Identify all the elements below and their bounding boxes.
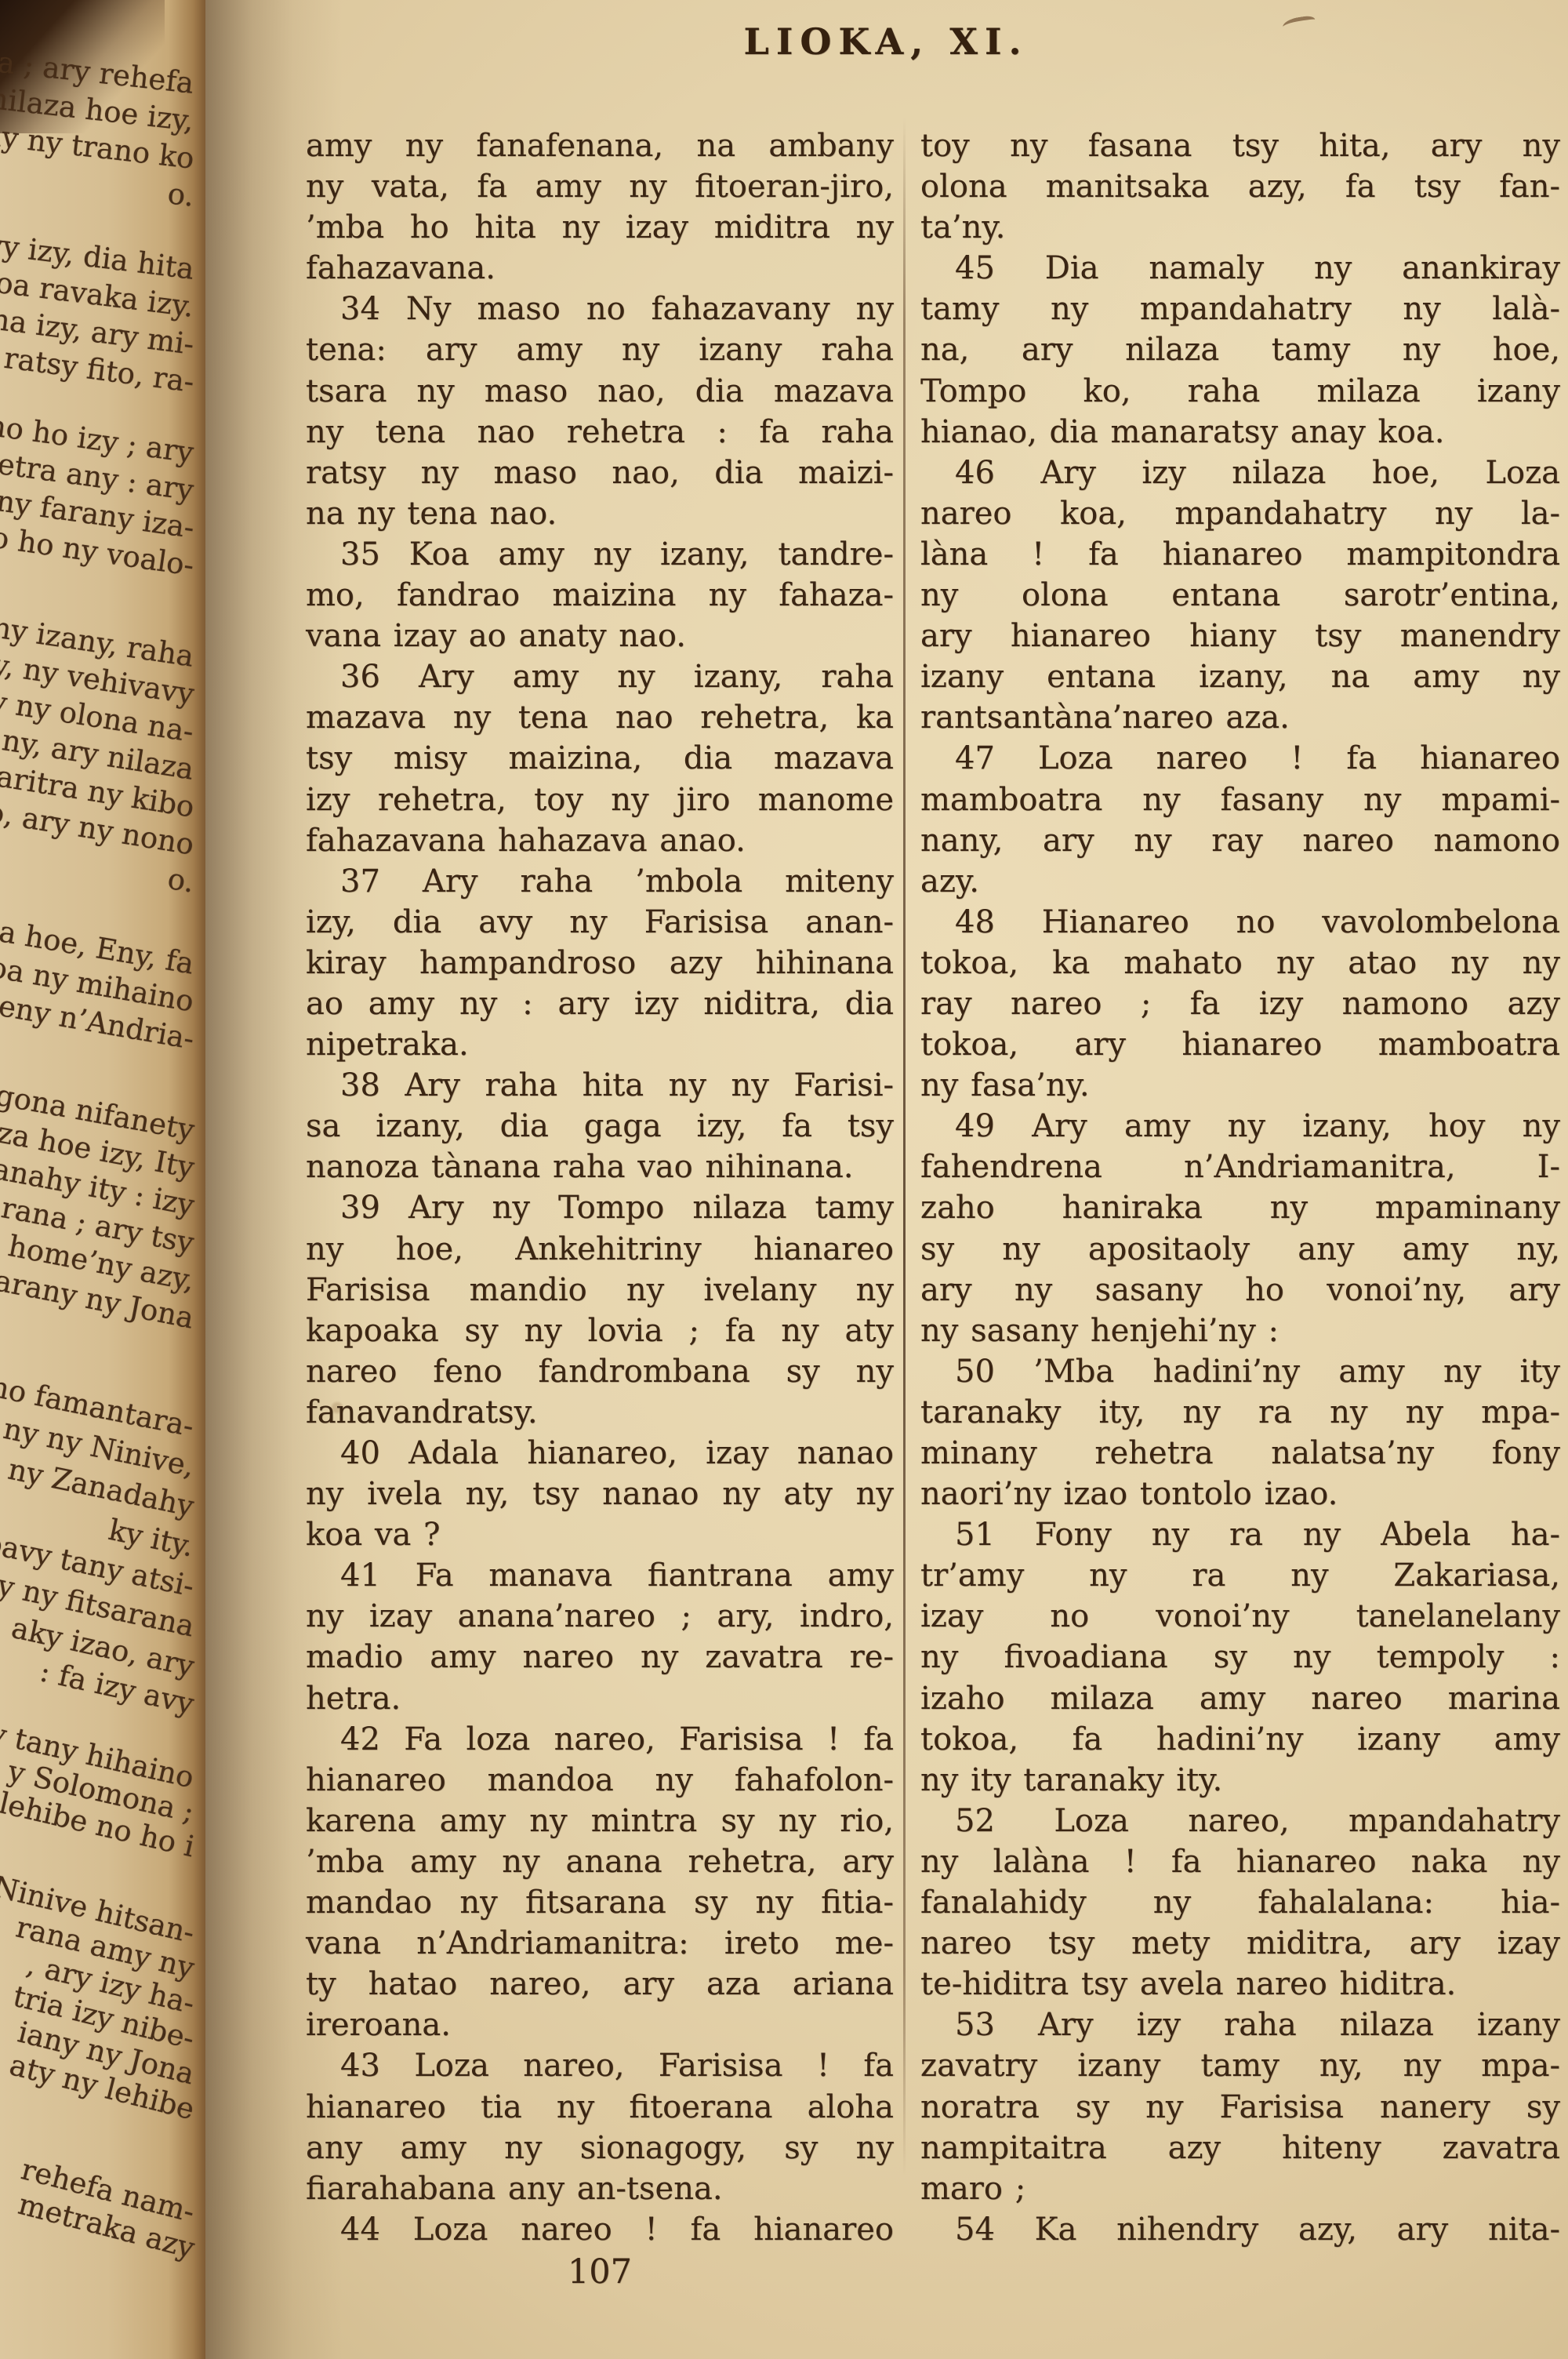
text-line: tokoa, ary hianareo mamboatra (920, 1024, 1560, 1065)
text-line: 49 Ary amy ny izany, hoy ny (920, 1106, 1560, 1147)
text-line: noratra sy ny Farisisa nanery sy (920, 2087, 1560, 2128)
right-column: toy ny fasana tsy hita, ary nyolona mani… (920, 125, 1560, 2250)
text-line: ’mba ho hita ny izay miditra ny (306, 207, 894, 248)
text-line: olona manitsaka azy, fa tsy fan- (920, 166, 1560, 207)
text-line: nanoza tànana raha vao nihinana. (306, 1147, 894, 1187)
text-line: tokoa, fa hadini’ny izany amy (920, 1719, 1560, 1760)
text-line: 50 ’Mba hadini’ny amy ny ity (920, 1351, 1560, 1392)
text-line: 37 Ary raha ’mbola miteny (306, 861, 894, 902)
text-line: ny lalàna ! fa hianareo naka ny (920, 1841, 1560, 1882)
text-line: zaho haniraka ny mpaminany (920, 1187, 1560, 1228)
text-line: tsara ny maso nao, dia mazava (306, 371, 894, 412)
text-line: fanalahidy ny fahalalana: hia- (920, 1882, 1560, 1923)
facing-page-text-line: o. (165, 176, 195, 213)
text-line: fahendrena n’Andriamanitra, I- (920, 1147, 1560, 1187)
text-line: 46 Ary izy nilaza hoe, Loza (920, 453, 1560, 493)
text-line: madio amy nareo ny zavatra re- (306, 1637, 894, 1677)
text-line: taranaky ity, ny ra ny ny mpa- (920, 1392, 1560, 1433)
text-line: tr’amy ny ra ny Zakariasa, (920, 1555, 1560, 1596)
text-line: kapoaka sy ny lovia ; fa ny aty (306, 1310, 894, 1351)
text-line: toy ny fasana tsy hita, ary ny (920, 125, 1560, 166)
text-line: ray nareo ; fa izy namono azy (920, 983, 1560, 1024)
facing-page-fragments: rana ; ary rehefamilaza hoe izy,my ny tr… (0, 0, 201, 2359)
text-line: nipetraka. (306, 1024, 894, 1065)
text-line: mo, fandrao maizina ny fahaza- (306, 575, 894, 616)
text-line: làna ! fa hianareo mampitondra (920, 534, 1560, 575)
text-line: maro ; (920, 2168, 1560, 2209)
text-line: mandao ny fitsarana sy ny fitia- (306, 1882, 894, 1923)
text-line: ny ity taranaky ity. (920, 1760, 1560, 1801)
text-line: Tompo ko, raha milaza izany (920, 371, 1560, 412)
text-line: nareo tsy mety miditra, ary izay (920, 1923, 1560, 1964)
text-line: 38 Ary raha hita ny ny Farisi- (306, 1065, 894, 1106)
text-line: 44 Loza nareo ! fa hianareo (306, 2209, 894, 2250)
text-line: ty hatao nareo, ary aza ariana (306, 1964, 894, 2005)
text-line: vana izay ao anaty nao. (306, 616, 894, 656)
text-line: 36 Ary amy ny izany, raha (306, 656, 894, 697)
facing-page-text-line: o. (165, 862, 197, 900)
text-line: izaho milaza amy nareo marina (920, 1678, 1560, 1719)
column-divider (903, 118, 906, 2176)
text-line: na, ary nilaza tamy ny hoe, (920, 329, 1560, 370)
text-line: mamboatra ny fasany ny mpami- (920, 780, 1560, 820)
text-line: nany, ary ny ray nareo namono (920, 820, 1560, 861)
text-line: rantsantàna’nareo aza. (920, 697, 1560, 738)
text-line: any amy ny sionagogy, sy ny (306, 2128, 894, 2168)
text-line: karena amy ny mintra sy ny rio, (306, 1801, 894, 1841)
text-line: ta’ny. (920, 207, 1560, 248)
text-line: ao amy ny : ary izy niditra, dia (306, 983, 894, 1024)
text-line: 45 Dia namaly ny anankiray (920, 248, 1560, 289)
text-line: mazava ny tena nao rehetra, ka (306, 697, 894, 738)
text-line: minany rehetra nalatsa’ny fony (920, 1433, 1560, 1474)
text-line: ny olona entana sarotr’entina, (920, 575, 1560, 616)
text-line: nareo feno fandrombana sy ny (306, 1351, 894, 1392)
text-line: tena: ary amy ny izany raha (306, 329, 894, 370)
text-line: fahazavana. (306, 248, 894, 289)
text-line: izany entana izany, na amy ny (920, 656, 1560, 697)
text-line: izy, dia avy ny Farisisa anan- (306, 902, 894, 943)
text-line: hianareo tia ny fitoerana aloha (306, 2087, 894, 2128)
text-line: 41 Fa manava fiantrana amy (306, 1555, 894, 1596)
text-line: ireroana. (306, 2005, 894, 2045)
text-line: ny tena nao rehetra : fa raha (306, 412, 894, 453)
text-line: amy ny fanafenana, na ambany (306, 125, 894, 166)
text-line: ary ny sasany ho vonoi’ny, ary (920, 1270, 1560, 1310)
text-line: zavatry izany tamy ny, ny mpa- (920, 2045, 1560, 2086)
text-line: tamy ny mpandahatry ny lalà- (920, 289, 1560, 329)
text-line: ny ivela ny, tsy nanao ny aty ny (306, 1474, 894, 1514)
text-line: Farisisa mandio ny ivelany ny (306, 1270, 894, 1310)
text-line: ny fasa’ny. (920, 1065, 1560, 1106)
text-line: tsy misy maizina, dia mazava (306, 738, 894, 779)
text-line: 39 Ary ny Tompo nilaza tamy (306, 1187, 894, 1228)
text-line: sy ny apositaoly any amy ny, (920, 1229, 1560, 1270)
text-line: ny vata, fa amy ny fitoeran-jiro, (306, 166, 894, 207)
text-line: hianao, dia manaratsy anay koa. (920, 412, 1560, 453)
text-line: 48 Hianareo no vavolombelona (920, 902, 1560, 943)
text-line: 35 Koa amy ny izany, tandre- (306, 534, 894, 575)
text-line: azy. (920, 861, 1560, 902)
text-line: kiray hampandroso azy hihinana (306, 943, 894, 983)
text-line: 53 Ary izy raha nilaza izany (920, 2005, 1560, 2045)
text-line: fiarahabana any an-tsena. (306, 2168, 894, 2209)
left-column: amy ny fanafenana, na ambanyny vata, fa … (306, 125, 894, 2250)
text-line: tokoa, ka mahato ny atao ny ny (920, 943, 1560, 983)
text-line: hianareo mandoa ny fahafolon- (306, 1760, 894, 1801)
text-line: ny fivoadiana sy ny tempoly : (920, 1637, 1560, 1677)
text-line: 40 Adala hianareo, izay nanao (306, 1433, 894, 1474)
text-line: 43 Loza nareo, Farisisa ! fa (306, 2045, 894, 2086)
text-line: nareo koa, mpandahatry ny la- (920, 493, 1560, 534)
text-line: te-hiditra tsy avela nareo hiditra. (920, 1964, 1560, 2005)
text-line: nampitaitra azy hiteny zavatra (920, 2128, 1560, 2168)
text-line: ny hoe, Ankehitriny hianareo (306, 1229, 894, 1270)
text-line: 34 Ny maso no fahazavany ny (306, 289, 894, 329)
text-line: hetra. (306, 1678, 894, 1719)
text-line: izy rehetra, toy ny jiro manome (306, 780, 894, 820)
text-line: 51 Fony ny ra ny Abela ha- (920, 1514, 1560, 1555)
text-line: fanavandratsy. (306, 1392, 894, 1433)
page-number: 107 (306, 2252, 894, 2292)
text-line: ny izay anana’nareo ; ary, indro, (306, 1596, 894, 1637)
text-line: ’mba amy ny anana rehetra, ary (306, 1841, 894, 1882)
text-line: vana n’Andriamanitra: ireto me- (306, 1923, 894, 1964)
text-line: koa va ? (306, 1514, 894, 1555)
text-line: 52 Loza nareo, mpandahatry (920, 1801, 1560, 1841)
text-line: na ny tena nao. (306, 493, 894, 534)
text-line: izay no vonoi’ny tanelanelany (920, 1596, 1560, 1637)
text-line: 54 Ka nihendry azy, ary nita- (920, 2209, 1560, 2250)
text-line: 42 Fa loza nareo, Farisisa ! fa (306, 1719, 894, 1760)
text-line: naori’ny izao tontolo izao. (920, 1474, 1560, 1514)
text-line: ny sasany henjehi’ny : (920, 1310, 1560, 1351)
text-line: sa izany, dia gaga izy, fa tsy (306, 1106, 894, 1147)
text-line: 47 Loza nareo ! fa hianareo (920, 738, 1560, 779)
text-line: ratsy ny maso nao, dia maizi- (306, 453, 894, 493)
text-line: ary hianareo hiany tsy manendry (920, 616, 1560, 656)
text-line: fahazavana hahazava anao. (306, 820, 894, 861)
